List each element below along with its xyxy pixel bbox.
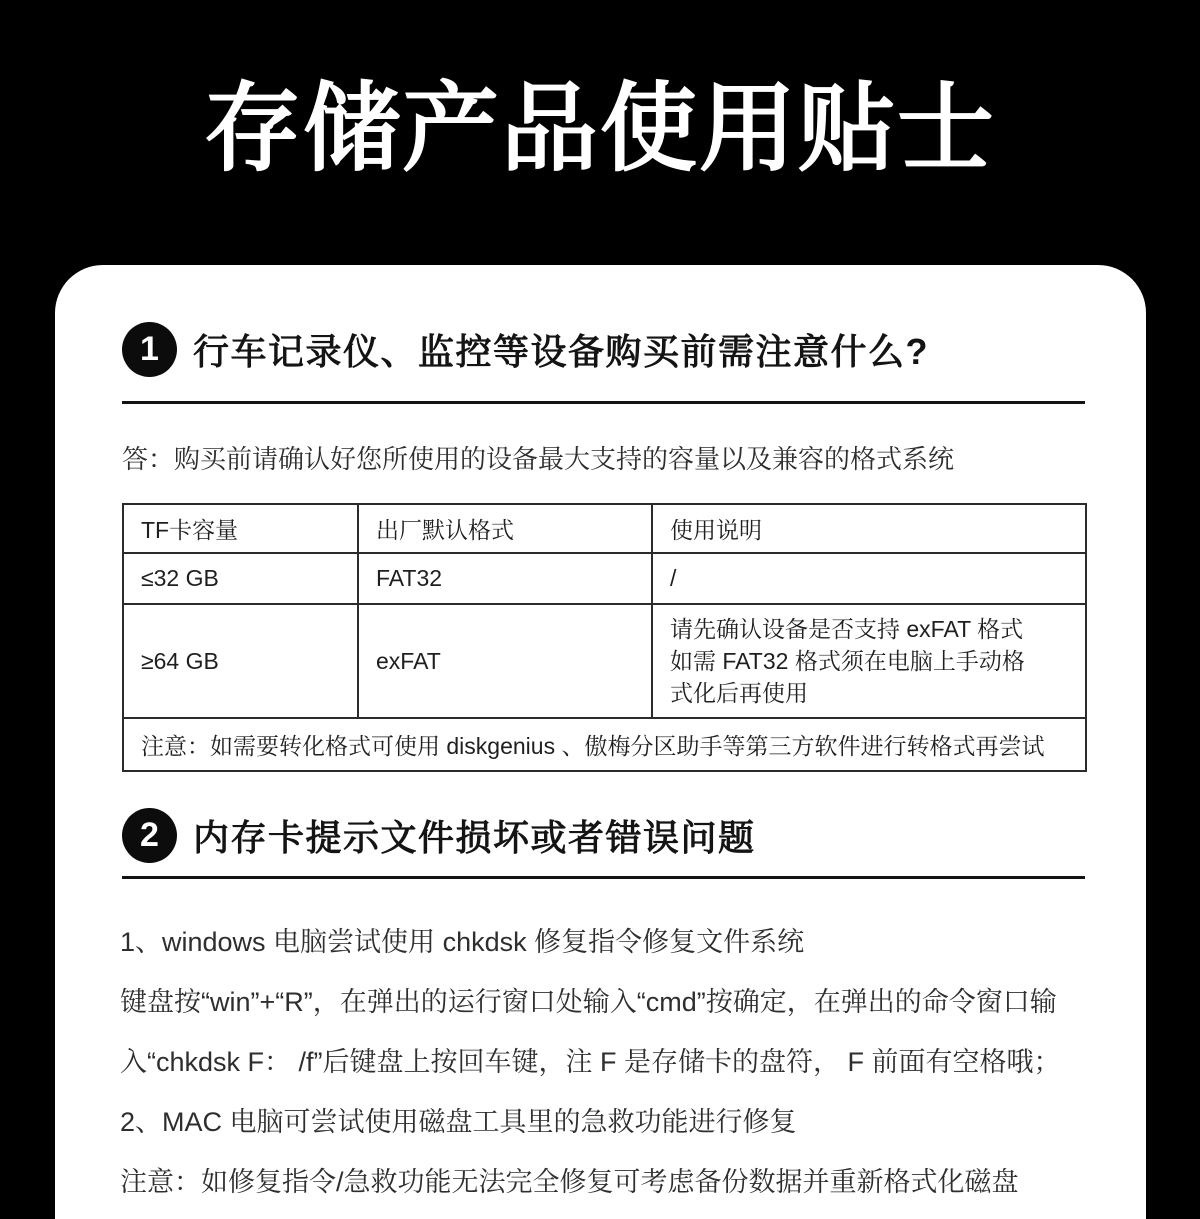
section-1-answer: 答：购买前请确认好您所使用的设备最大支持的容量以及兼容的格式系统 [122,443,954,475]
table-footnote: 注意：如需要转化格式可使用 diskgenius 、傲梅分区助手等第三方软件进行… [123,718,1086,771]
cell-capacity: ≤32 GB [123,553,358,604]
tf-card-format-table: TF卡容量 出厂默认格式 使用说明 ≤32 GB FAT32 / ≥64 GB … [122,503,1087,772]
table-row: ≥64 GB exFAT 请先确认设备是否支持 exFAT 格式 如需 FAT3… [123,604,1086,718]
section-2-number-badge: 2 [122,808,177,863]
section-2-body: 1、windows 电脑尝试使用 chkdsk 修复指令修复文件系统 键盘按“w… [120,912,1095,1212]
table-header-default-format: 出厂默认格式 [358,504,652,553]
cell-format: exFAT [358,604,652,718]
body-line-windows-tip: 1、windows 电脑尝试使用 chkdsk 修复指令修复文件系统 [120,912,1095,972]
table-footnote-row: 注意：如需要转化格式可使用 diskgenius 、傲梅分区助手等第三方软件进行… [123,718,1086,771]
section-1-header: 1 行车记录仪、监控等设备购买前需注意什么? [122,321,929,377]
cell-usage: 请先确认设备是否支持 exFAT 格式 如需 FAT32 格式须在电脑上手动格 … [652,604,1086,718]
table-header-row: TF卡容量 出厂默认格式 使用说明 [123,504,1086,553]
cell-usage: / [652,553,1086,604]
section-2-header: 2 内存卡提示文件损坏或者错误问题 [122,807,756,863]
poster: 存储产品使用贴士 1 行车记录仪、监控等设备购买前需注意什么? 答：购买前请确认… [0,0,1200,1219]
body-line-mac-tip: 2、MAC 电脑可尝试使用磁盘工具里的急救功能进行修复 [120,1092,1095,1152]
cell-format: FAT32 [358,553,652,604]
table-header-usage-note: 使用说明 [652,504,1086,553]
page-title: 存储产品使用贴士 [0,78,1200,180]
body-line-caution: 注意：如修复指令/急救功能无法完全修复可考虑备份数据并重新格式化磁盘 [120,1152,1095,1212]
section-1-divider [122,401,1085,404]
content-card: 1 行车记录仪、监控等设备购买前需注意什么? 答：购买前请确认好您所使用的设备最… [55,265,1146,1219]
section-1-heading: 行车记录仪、监控等设备购买前需注意什么? [193,324,929,375]
cell-capacity: ≥64 GB [123,604,358,718]
section-2-heading: 内存卡提示文件损坏或者错误问题 [193,810,756,861]
body-line-chkdsk-step: 入“chkdsk F： /f”后键盘上按回车键，注 F 是存储卡的盘符， F 前… [120,1032,1095,1092]
body-line-win-r-step: 键盘按“win”+“R”，在弹出的运行窗口处输入“cmd”按确定，在弹出的命令窗… [120,972,1095,1032]
section-1-number-badge: 1 [122,322,177,377]
table-header-capacity: TF卡容量 [123,504,358,553]
section-2-divider [122,876,1085,879]
table-row: ≤32 GB FAT32 / [123,553,1086,604]
